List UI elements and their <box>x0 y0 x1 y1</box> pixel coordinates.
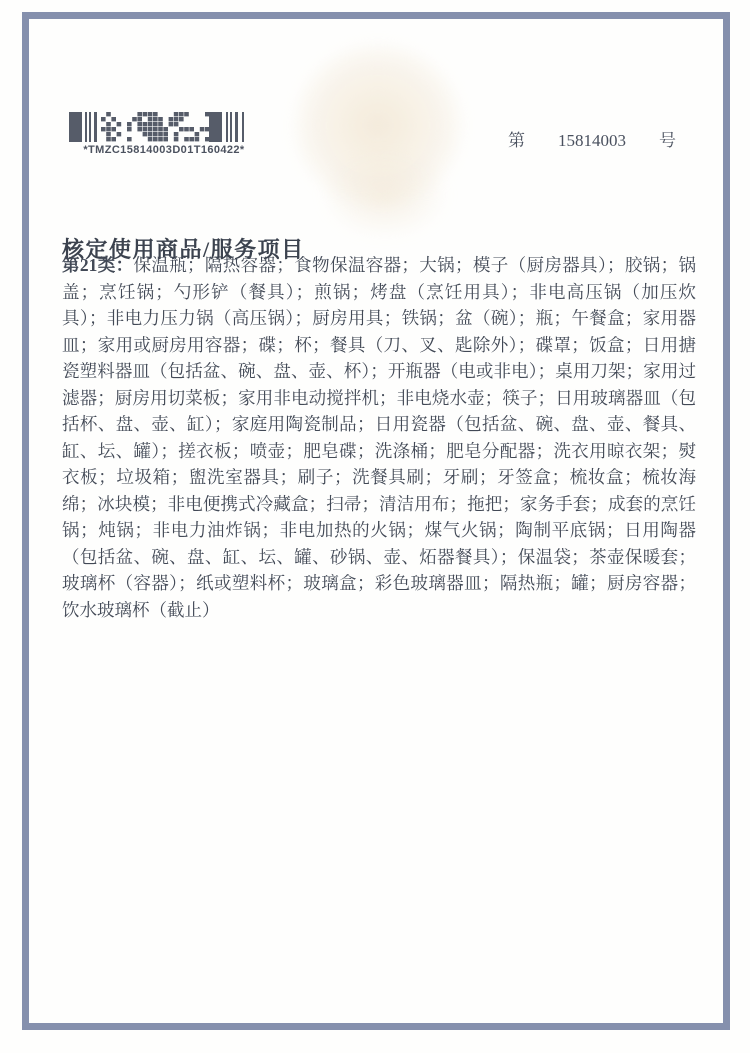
certificate-number: 第 15814003 号 <box>508 126 676 151</box>
barcode: *TMZC15814003D01T160422* <box>68 112 260 156</box>
barcode-icon <box>69 112 259 142</box>
barcode-text: *TMZC15814003D01T160422* <box>68 144 260 156</box>
goods-services-paragraph: 第21类：保温瓶；隔热容器；食物保温容器；大锅；模子（厨房器具）；胶锅；锅盖；烹… <box>62 252 696 623</box>
goods-items-text: 保温瓶；隔热容器；食物保温容器；大锅；模子（厨房器具）；胶锅；锅盖；烹饪锅；勺形… <box>62 255 696 620</box>
certificate-number-prefix: 第 <box>508 126 525 151</box>
certificate-page: *TMZC15814003D01T160422* 第 15814003 号 核定… <box>0 0 750 1053</box>
certificate-number-suffix: 号 <box>659 126 676 151</box>
goods-class-label: 第21类： <box>62 255 133 275</box>
certificate-number-value: 15814003 <box>558 131 626 151</box>
seal-bleedthrough-lower <box>320 150 450 240</box>
